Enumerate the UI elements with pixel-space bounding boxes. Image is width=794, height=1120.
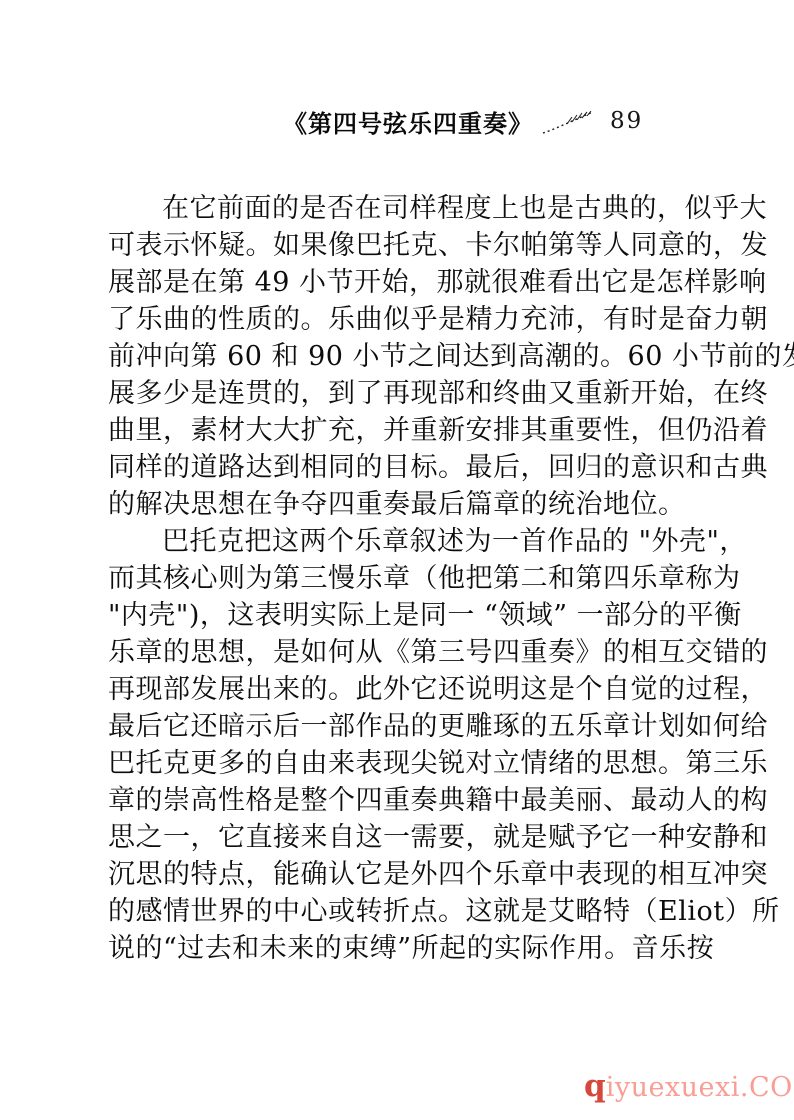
text-line: 展多少是连贯的，到了再现部和终曲又重新开始，在终 [108,375,692,412]
text-line: 前冲向第 60 和 90 小节之间达到高潮的。60 小节前的发 [108,338,692,375]
body-text: 在它前面的是否在司样程度上也是古典的，似乎大 可表示怀疑。如果像巴托克、卡尔帕第… [108,190,692,967]
paragraph: 在它前面的是否在司样程度上也是古典的，似乎大 可表示怀疑。如果像巴托克、卡尔帕第… [108,190,692,523]
text-line: 巴托克更多的自由来表现尖锐对立情绪的思想。第三乐 [108,745,692,782]
text-line: 最后它还暗示后一部作品的更雕琢的五乐章计划如何给 [108,708,692,745]
pen-flourish-icon [541,108,597,140]
page-number: 89 [610,108,643,134]
text-line: "内壳")，这表明实际上是同一 “领域” 一部分的平衡 [108,597,692,634]
watermark-prefix: q [584,1068,606,1104]
text-line: 说的“过去和未来的束缚”所起的实际作用。音乐按 [108,930,692,967]
text-line: 乐章的思想，是如何从《第三号四重奏》的相互交错的 [108,634,692,671]
text-line: 再现部发展出来的。此外它还说明这是个自觉的过程， [108,671,692,708]
text-line: 的解决思想在争夺四重奏最后篇章的统治地位。 [108,486,692,523]
text-line: 的感情世界的中心或转折点。这就是艾略特（Eliot）所 [108,893,692,930]
text-line: 同样的道路达到相同的目标。最后，回归的意识和古典 [108,449,692,486]
page-header: 《第四号弦乐四重奏》 89 [0,104,794,146]
paragraph: 巴托克把这两个乐章叙述为一首作品的 "外壳"， 而其核心则为第三慢乐章（他把第二… [108,523,692,967]
text-line: 沉思的特点，能确认它是外四个乐章中表现的相互冲突 [108,856,692,893]
text-line: 在它前面的是否在司样程度上也是古典的，似乎大 [108,190,692,227]
text-line: 巴托克把这两个乐章叙述为一首作品的 "外壳"， [108,523,692,560]
text-line: 可表示怀疑。如果像巴托克、卡尔帕第等人同意的，发 [108,227,692,264]
text-line: 思之一，它直接来自这一需要，就是赋予它一种安静和 [108,819,692,856]
text-line: 章的崇高性格是整个四重奏典籍中最美丽、最动人的构 [108,782,692,819]
text-line: 而其核心则为第三慢乐章（他把第二和第四乐章称为 [108,560,692,597]
book-page: 《第四号弦乐四重奏》 89 在它前面的是否在司样程度上也是古典的，似乎大 可表示… [0,0,794,1120]
site-watermark: qiyuexuexi.COM [584,1068,794,1104]
text-line: 展部是在第 49 小节开始，那就很难看出它是怎样影响 [108,264,692,301]
text-line: 曲里，素材大大扩充，并重新安排其重要性，但仍沿着 [108,412,692,449]
chapter-title: 《第四号弦乐四重奏》 [283,104,533,139]
watermark-text: iyuexuexi.COM [606,1072,794,1103]
text-line: 了乐曲的性质的。乐曲似乎是精力充沛，有时是奋力朝 [108,301,692,338]
